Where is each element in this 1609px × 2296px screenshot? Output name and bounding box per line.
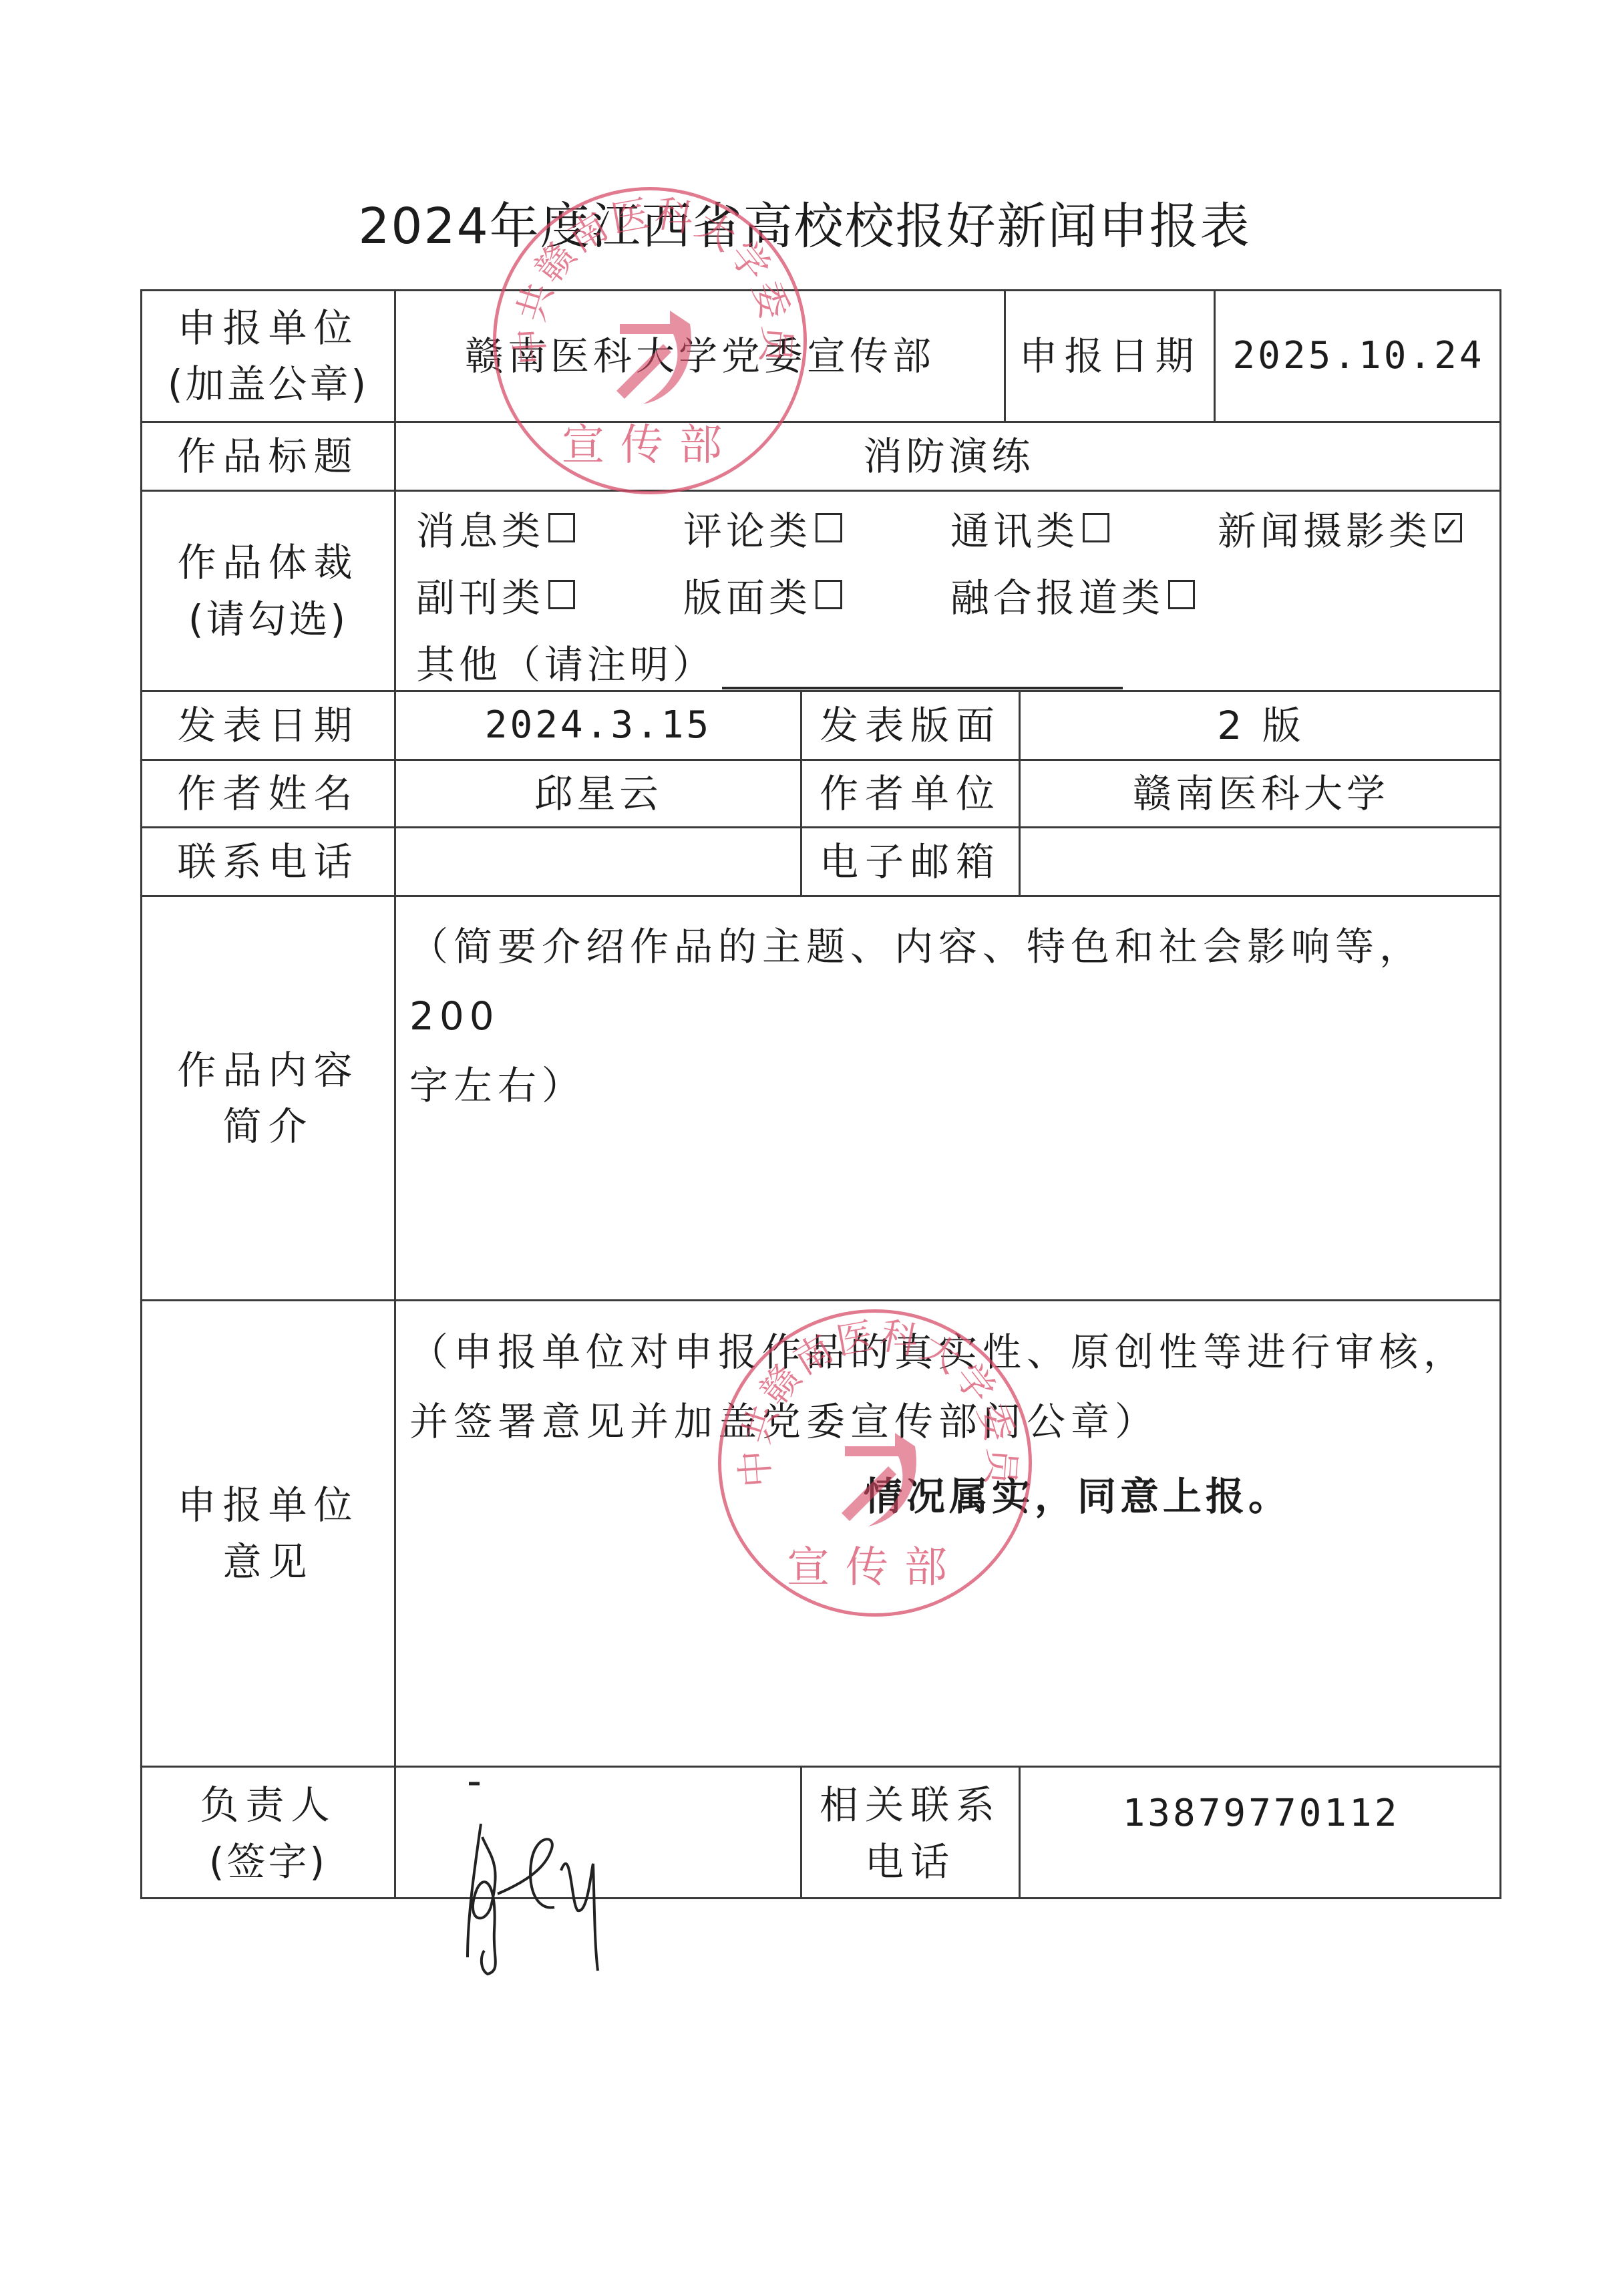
email-field[interactable]: [1021, 828, 1501, 895]
genre-option-label: 评论类: [683, 500, 812, 556]
related-phone-label: 相关联系 电话: [802, 1768, 1019, 1899]
application-form-table: 申报单位 (加盖公章) 赣南医科大学党委宣传部 申报日期 2025.10.24 …: [140, 289, 1501, 1899]
check-mark-icon: ✓: [1437, 512, 1460, 543]
work-title-label: 作品标题: [142, 423, 394, 490]
checkbox-unchecked[interactable]: [548, 513, 575, 542]
genre-option-commentary[interactable]: 评论类: [683, 500, 950, 556]
genre-option-feature[interactable]: 通讯类: [950, 500, 1218, 556]
checkbox-unchecked[interactable]: [548, 580, 575, 609]
opinion-label-text: 申报单位: [177, 1477, 359, 1533]
related-phone-field[interactable]: 13879770112: [1021, 1768, 1501, 1899]
genre-label: 作品体裁 (请勾选): [142, 492, 394, 690]
genre-other-input[interactable]: [722, 651, 1123, 689]
genre-option-label: 副刊类: [416, 566, 544, 623]
applicant-unit-field[interactable]: 赣南医科大学党委宣传部: [396, 291, 1004, 421]
responsible-person-label-text: 负责人: [200, 1777, 336, 1833]
opinion-instruction-line: 并签署意见并加盖党委宣传部门公章）: [409, 1387, 1498, 1456]
author-unit-field[interactable]: 赣南医科大学: [1021, 761, 1501, 826]
application-date-label: 申报日期: [1006, 291, 1214, 421]
genre-option-label: 新闻摄影类: [1218, 500, 1431, 556]
opinion-value: 情况属实，同意上报。: [864, 1462, 1291, 1531]
checkbox-unchecked[interactable]: [1168, 580, 1195, 609]
publish-page-label: 发表版面: [802, 692, 1019, 759]
genre-label-text: 作品体裁: [177, 534, 359, 591]
author-name-field[interactable]: 邱星云: [396, 761, 800, 826]
related-phone-label-text-2: 电话: [865, 1834, 956, 1890]
genre-row: 副刊类 版面类 融合报道类: [416, 561, 1498, 628]
summary-instruction-line: （简要介绍作品的主题、内容、特色和社会影响等，200: [409, 912, 1498, 1051]
opinion-label: 申报单位 意见: [142, 1301, 394, 1766]
application-date-field[interactable]: 2025.10.24: [1216, 291, 1501, 421]
contact-phone-field[interactable]: [396, 828, 800, 895]
applicant-unit-label: 申报单位 (加盖公章): [142, 291, 394, 421]
seal-note-text: (加盖公章): [168, 356, 369, 412]
summary-label-text: 作品内容: [177, 1042, 359, 1098]
opinion-label-text-2: 意见: [222, 1534, 313, 1590]
genre-option-news[interactable]: 消息类: [416, 500, 683, 556]
summary-label-text-2: 简介: [222, 1098, 313, 1154]
genre-row: 其他（请注明）: [416, 628, 1498, 695]
summary-instruction: （简要介绍作品的主题、内容、特色和社会影响等，200 字左右）: [409, 912, 1498, 1120]
genre-option-converged-report[interactable]: 融合报道类: [950, 566, 1231, 623]
contact-phone-label: 联系电话: [142, 828, 394, 895]
genre-option-label: 通讯类: [950, 500, 1079, 556]
summary-label: 作品内容 简介: [142, 897, 394, 1299]
work-title-field[interactable]: 消防演练: [396, 423, 1501, 490]
genre-grid: 消息类 评论类 通讯类 新闻摄影类✓ 副刊类 版面类: [416, 494, 1498, 695]
publish-page-field[interactable]: 2 版: [1021, 692, 1501, 759]
genre-other-label: 其他（请注明）: [416, 633, 715, 689]
opinion-instruction: （申报单位对申报作品的真实性、原创性等进行审核， 并签署意见并加盖党委宣传部门公…: [409, 1317, 1498, 1456]
genre-option-photojournalism[interactable]: 新闻摄影类✓: [1218, 500, 1498, 556]
checkbox-unchecked[interactable]: [816, 580, 842, 609]
signature-hint-text: (签字): [209, 1834, 327, 1890]
genre-option-other: 其他（请注明）: [416, 633, 1123, 689]
genre-option-label: 消息类: [416, 500, 544, 556]
genre-option-label: 融合报道类: [950, 566, 1164, 623]
handwritten-signature: [427, 1770, 668, 1984]
email-label: 电子邮箱: [802, 828, 1019, 895]
summary-field[interactable]: （简要介绍作品的主题、内容、特色和社会影响等，200 字左右）: [396, 897, 1501, 1299]
applicant-unit-label-text: 申报单位: [177, 300, 359, 356]
document-title: 2024年度江西省高校校报好新闻申报表: [0, 187, 1609, 258]
checkbox-checked[interactable]: ✓: [1435, 513, 1462, 542]
publish-date-label: 发表日期: [142, 692, 394, 759]
opinion-field[interactable]: （申报单位对申报作品的真实性、原创性等进行审核， 并签署意见并加盖党委宣传部门公…: [396, 1301, 1501, 1766]
related-phone-label-text: 相关联系: [820, 1777, 1001, 1833]
genre-options: 消息类 评论类 通讯类 新闻摄影类✓ 副刊类 版面类: [396, 492, 1501, 690]
summary-instruction-line: 字左右）: [409, 1051, 1498, 1120]
genre-hint-text: (请勾选): [188, 591, 348, 647]
genre-row: 消息类 评论类 通讯类 新闻摄影类✓: [416, 494, 1498, 561]
genre-option-layout[interactable]: 版面类: [683, 566, 950, 623]
checkbox-unchecked[interactable]: [816, 513, 842, 542]
author-unit-label: 作者单位: [802, 761, 1019, 826]
responsible-person-label: 负责人 (签字): [142, 1768, 394, 1899]
checkbox-unchecked[interactable]: [1083, 513, 1109, 542]
author-name-label: 作者姓名: [142, 761, 394, 826]
genre-option-label: 版面类: [683, 566, 812, 623]
publish-date-field[interactable]: 2024.3.15: [396, 692, 800, 759]
genre-option-supplement[interactable]: 副刊类: [416, 566, 683, 623]
opinion-instruction-line: （申报单位对申报作品的真实性、原创性等进行审核，: [409, 1317, 1498, 1387]
